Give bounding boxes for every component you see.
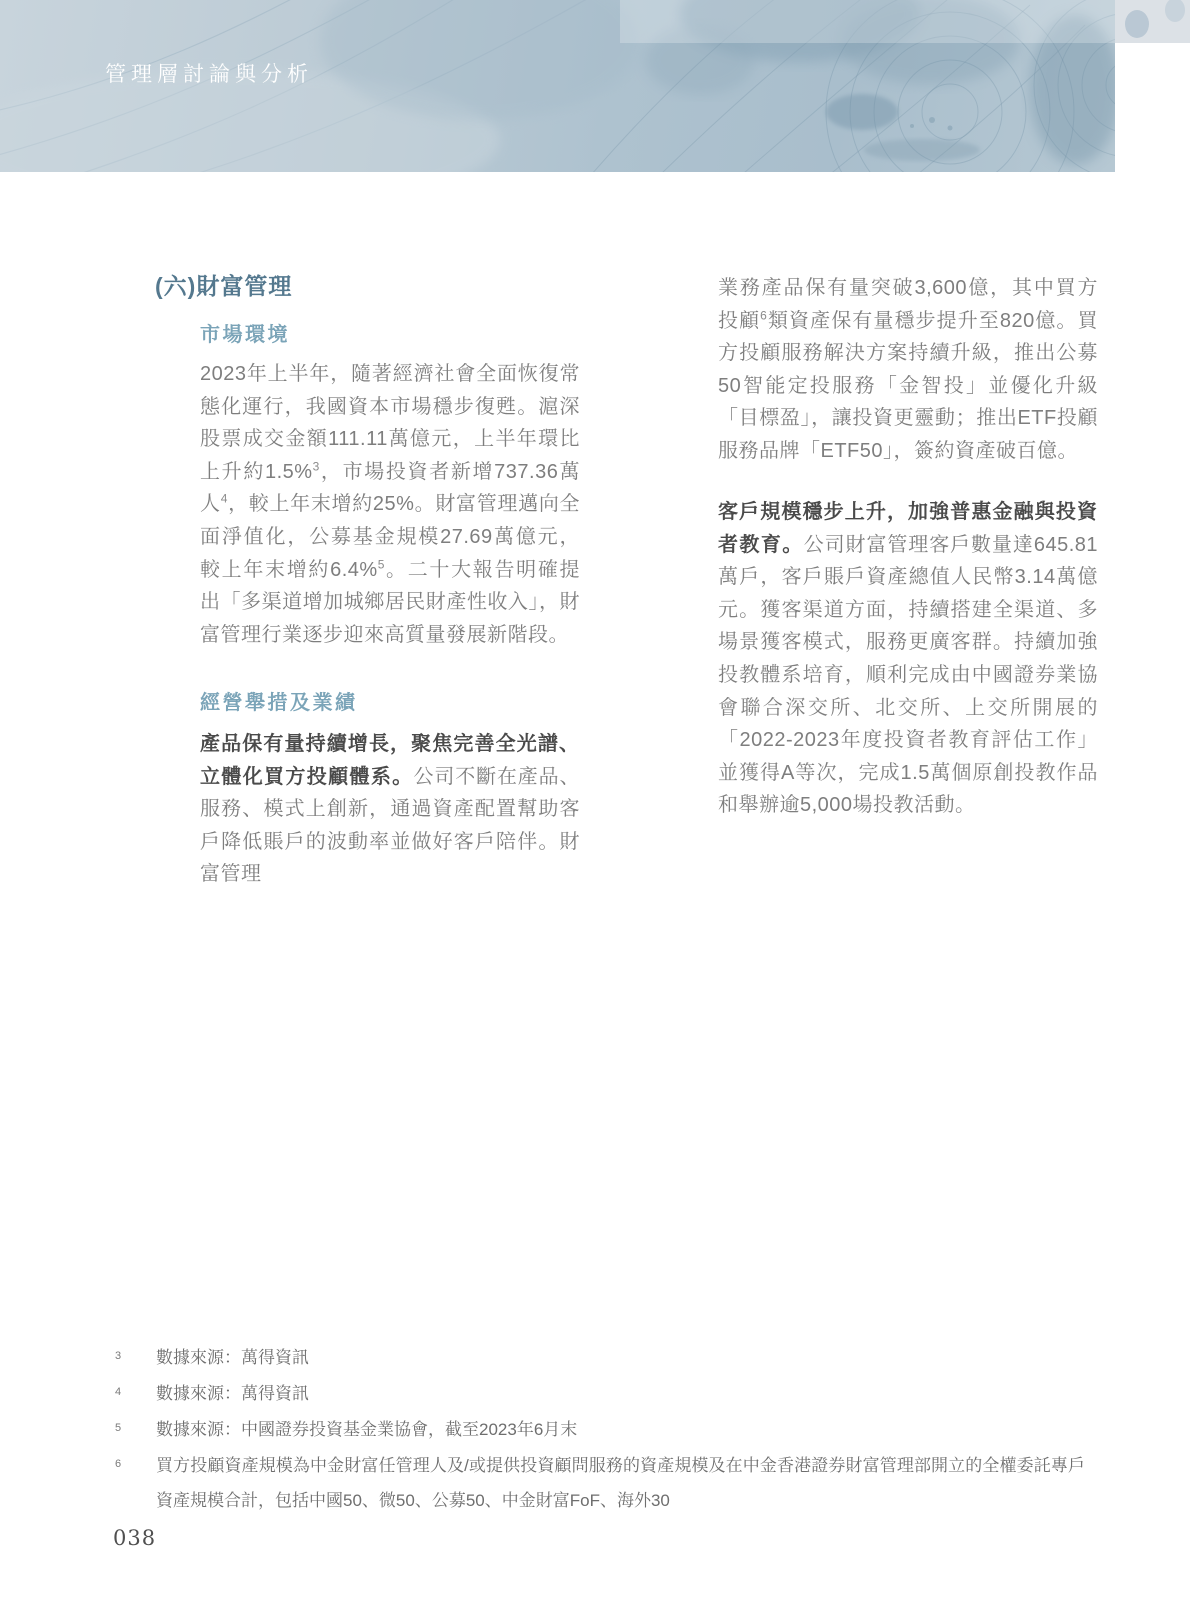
text-segment: 公司財富管理客戶數量達645.81萬戶，客戶賬戶資產總值人民幣3.14萬億元。獲… bbox=[718, 534, 1098, 817]
footnote-text: 數據來源：萬得資訊 bbox=[156, 1376, 1085, 1411]
footnote-number: 3 bbox=[115, 1339, 121, 1374]
banner-section-title: 管理層討論與分析 bbox=[105, 58, 313, 88]
banner-highlight-band bbox=[620, 0, 1115, 43]
paragraph-market-environment: 2023年上半年，隨著經濟社會全面恢復常態化運行，我國資本市場穩步復甦。滬深股票… bbox=[200, 358, 580, 651]
footnote-number: 5 bbox=[115, 1411, 121, 1446]
footnote-number: 6 bbox=[115, 1447, 121, 1482]
chapter-heading-wealth-management: (六)財富管理 bbox=[155, 268, 292, 301]
footnote-item-4: 4 數據來源：萬得資訊 bbox=[115, 1376, 1085, 1411]
footnote-item-6: 6 買方投顧資產規模為中金財富任管理人及/或提供投資顧問服務的資產規模及在中金香… bbox=[115, 1448, 1085, 1518]
text-segment: 類資產保有量穩步提升至820億。買方投顧服務解決方案持續升級，推出公募50智能定… bbox=[718, 310, 1098, 462]
paragraph-client-scale: 客戶規模穩步上升，加強普惠金融與投資者教育。公司財富管理客戶數量達645.81萬… bbox=[718, 496, 1098, 822]
footnote-ref-3: 3 bbox=[313, 459, 320, 473]
footnote-item-5: 5 數據來源：中國證券投資基金業協會，截至2023年6月末 bbox=[115, 1412, 1085, 1447]
footnote-number: 4 bbox=[115, 1375, 121, 1410]
footnote-item-3: 3 數據來源：萬得資訊 bbox=[115, 1340, 1085, 1375]
footnote-text: 買方投顧資產規模為中金財富任管理人及/或提供投資顧問服務的資產規模及在中金香港證… bbox=[156, 1448, 1085, 1518]
report-page: 管理層討論與分析 (六)財富管理 市場環境 2023年上半年，隨著經濟社會全面恢… bbox=[0, 0, 1190, 1615]
subheading-market-environment: 市場環境 bbox=[200, 318, 290, 347]
page-header-banner: 管理層討論與分析 bbox=[0, 0, 1115, 172]
header-corner-strip bbox=[1115, 0, 1190, 43]
footnote-text: 數據來源：中國證券投資基金業協會，截至2023年6月末 bbox=[156, 1412, 1085, 1447]
page-number: 038 bbox=[113, 1526, 156, 1550]
paragraph-product-holdings: 產品保有量持續增長，聚焦完善全光譜、立體化買方投顧體系。公司不斷在產品、服務、模… bbox=[200, 728, 580, 891]
footnote-text: 數據來源：萬得資訊 bbox=[156, 1340, 1085, 1375]
footnote-ref-5: 5 bbox=[378, 557, 385, 571]
subheading-operations-results: 經營舉措及業績 bbox=[200, 686, 358, 715]
paragraph-buyside-advisory: 業務產品保有量突破3,600億，其中買方投顧6類資產保有量穩步提升至820億。買… bbox=[718, 272, 1098, 468]
corner-dots-decoration bbox=[1115, 0, 1190, 43]
footnote-ref-4: 4 bbox=[221, 492, 228, 506]
